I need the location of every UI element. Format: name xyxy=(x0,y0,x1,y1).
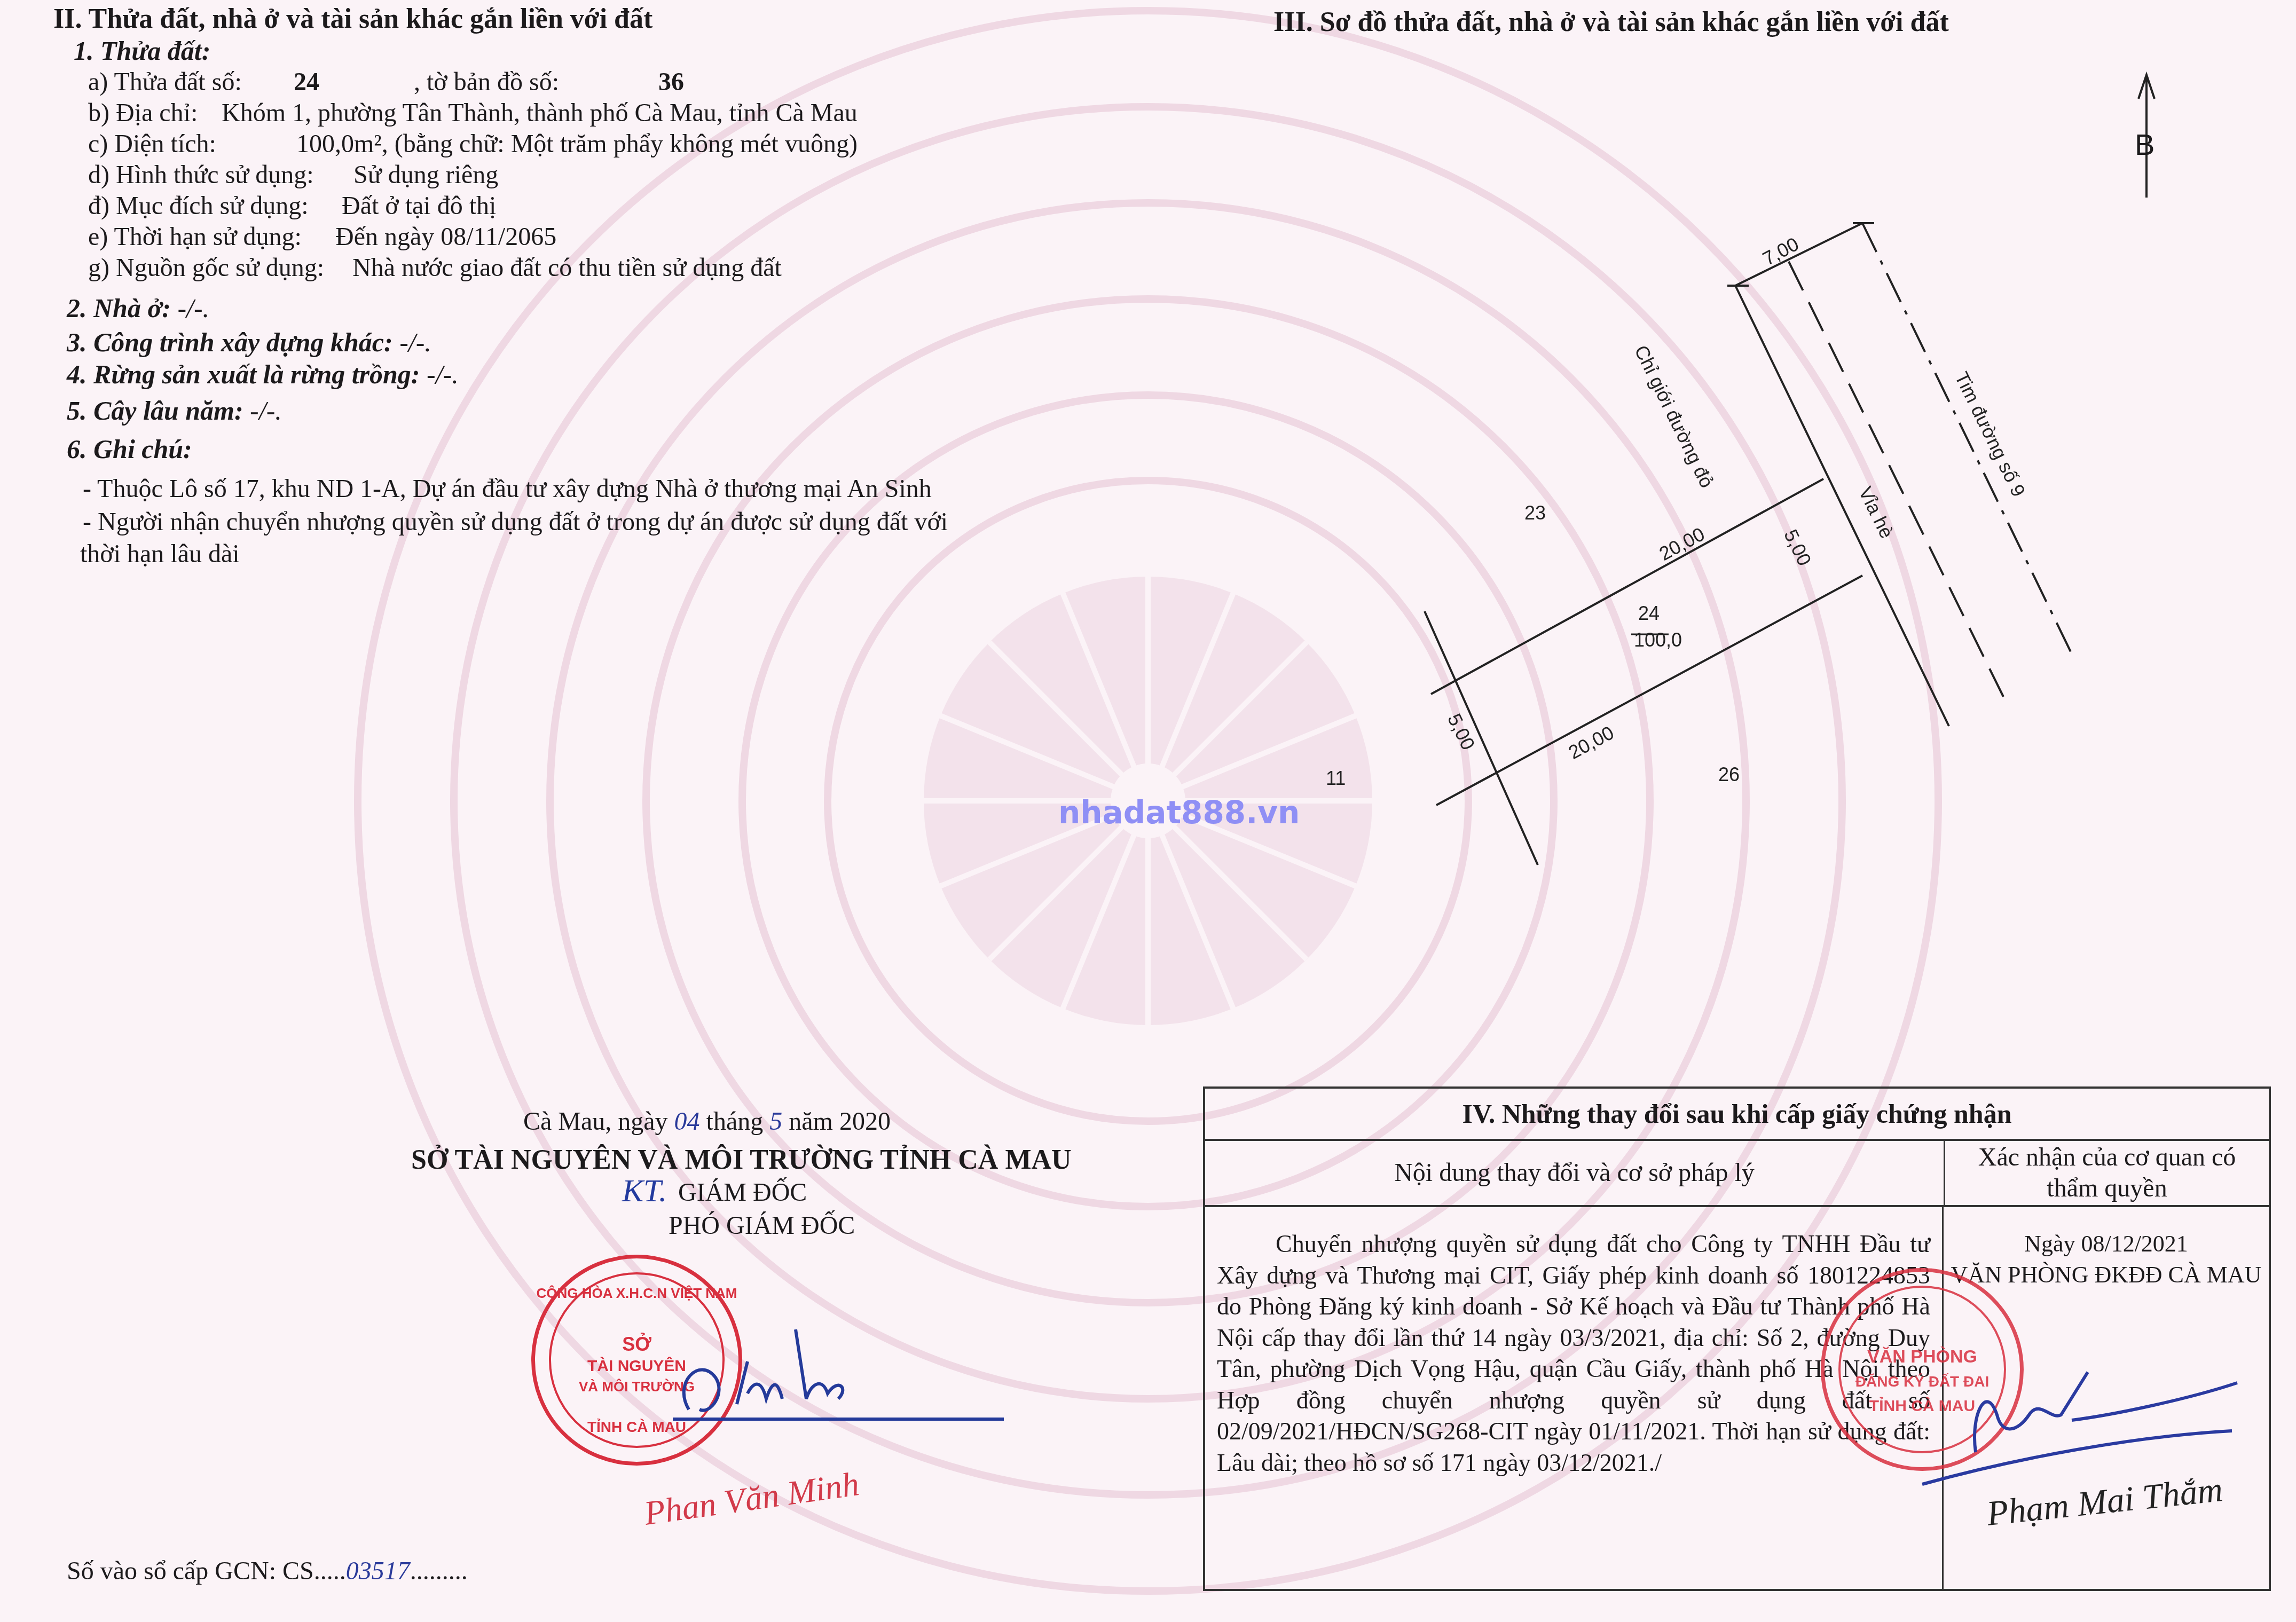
year-label: năm 2020 xyxy=(789,1107,891,1136)
north-label: B xyxy=(2135,127,2155,162)
signing-day: 04 xyxy=(674,1107,700,1136)
registry-label: Số vào sổ cấp GCN: CS xyxy=(67,1557,314,1585)
signature-left xyxy=(667,1319,1031,1436)
month-label: tháng xyxy=(706,1107,764,1136)
signature-right xyxy=(1912,1351,2259,1490)
neighbor-parcel-north: 23 xyxy=(1524,502,1546,524)
role-title: GIÁM ĐỐC xyxy=(678,1178,807,1207)
issuing-agency: SỞ TÀI NGUYÊN VÀ MÔI TRƯỜNG TỈNH CÀ MAU xyxy=(411,1144,1072,1176)
section-4-title: IV. Những thay đổi sau khi cấp giấy chứn… xyxy=(1205,1089,2269,1141)
neighbor-parcel-west: 11 xyxy=(1326,767,1346,790)
neighbor-parcel-south: 26 xyxy=(1718,763,1740,786)
registry-value: 03517 xyxy=(346,1557,410,1585)
watermark: nhadat888.vn xyxy=(1058,794,1300,831)
signing-month: 5 xyxy=(769,1107,782,1136)
kt-mark: KT. xyxy=(622,1172,667,1209)
column-header-confirmation: Xác nhận của cơ quan có thẩm quyền xyxy=(1945,1141,2269,1205)
place-date-prefix: Cà Mau, ngày xyxy=(523,1107,668,1136)
parcel-area: 100,0 xyxy=(1634,629,1682,651)
parcel-number: 24 xyxy=(1638,602,1660,625)
confirmation-date: Ngày 08/12/2021 xyxy=(1944,1229,2269,1259)
confirmation-office: VĂN PHÒNG ĐKĐĐ CÀ MAU xyxy=(1944,1259,2269,1290)
sub-role-title: PHÓ GIÁM ĐỐC xyxy=(669,1211,855,1240)
column-header-content: Nội dung thay đổi và cơ sở pháp lý xyxy=(1205,1141,1945,1205)
